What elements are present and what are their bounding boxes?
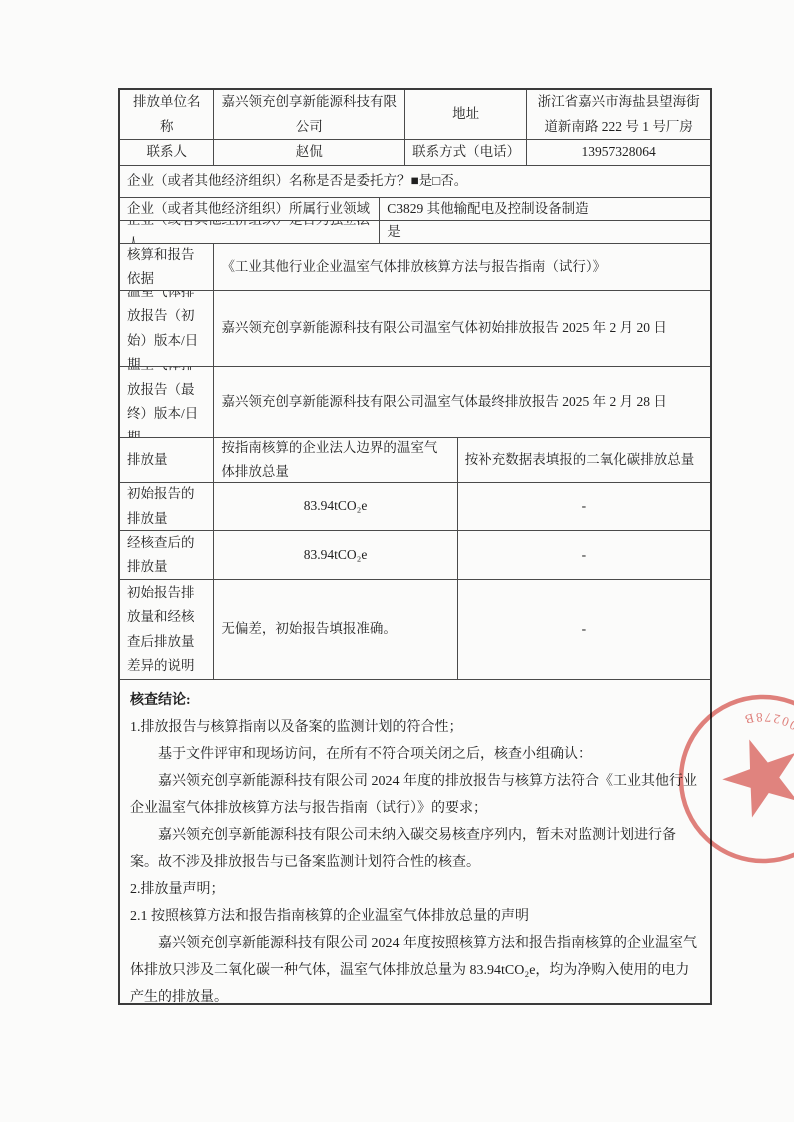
emissions-col-supplement: 按补充数据表填报的二氧化碳排放总量 <box>458 438 710 482</box>
table-row: 初始报告的排放量 83.94tCO₂e - <box>120 483 710 531</box>
verified-emission-supplement: - <box>458 531 710 579</box>
industry-value: C3829 其他输配电及控制设备制造 <box>380 198 710 220</box>
unit-name-value: 嘉兴领充创享新能源科技有限公司 <box>214 90 405 139</box>
initial-report-value: 嘉兴领充创享新能源科技有限公司温室气体初始排放报告 2025 年 2 月 20 … <box>214 291 710 366</box>
document-page: 排放单位名称 嘉兴领充创享新能源科技有限公司 地址 浙江省嘉兴市海盐县望海街道新… <box>0 0 794 1122</box>
conclusion-title: 核查结论: <box>130 687 700 714</box>
final-report-value: 嘉兴领充创享新能源科技有限公司温室气体最终排放报告 2025 年 2 月 28 … <box>214 367 710 437</box>
table-row: 核查结论: 1.排放报告与核算指南以及备案的监测计划的符合性； 基于文件评审和现… <box>120 680 710 1003</box>
table-row: 经核查后的排放量 83.94tCO₂e - <box>120 531 710 580</box>
conclusion-cell: 核查结论: 1.排放报告与核算指南以及备案的监测计划的符合性； 基于文件评审和现… <box>120 680 710 1003</box>
basis-label: 核算和报告依据 <box>120 244 214 290</box>
emissions-col-guideline: 按指南核算的企业法人边界的温室气体排放总量 <box>214 438 457 482</box>
svg-text:嘉兴与图: 嘉兴与图 <box>776 781 794 894</box>
entrust-question-cell: 企业（或者其他经济组织）名称是否是委托方？■是□否。 <box>120 166 710 197</box>
final-report-label: 温室气体排放报告（最终）版本/日期 <box>120 367 214 437</box>
conclusion-paragraph: 嘉兴领充创享新能源科技有限公司未纳入碳交易核查序列内，暂未对监测计划进行备案。故… <box>130 822 700 876</box>
verified-emission-label: 经核查后的排放量 <box>120 531 214 579</box>
legal-person-label: 企业（或者其他经济组织）是否为独立法人 <box>120 221 380 243</box>
difference-supplement: - <box>458 580 710 679</box>
verification-summary-table: 排放单位名称 嘉兴领充创享新能源科技有限公司 地址 浙江省嘉兴市海盐县望海街道新… <box>118 88 712 1005</box>
difference-value: 无偏差，初始报告填报准确。 <box>214 580 457 679</box>
conclusion-paragraph: 2.1 按照核算方法和报告指南核算的企业温室气体排放总量的声明 <box>130 903 700 930</box>
table-row: 温室气体排放报告（初始）版本/日期 嘉兴领充创享新能源科技有限公司温室气体初始排… <box>120 291 710 367</box>
entrust-checkboxes: ■是□否。 <box>411 169 468 193</box>
table-row: 排放单位名称 嘉兴领充创享新能源科技有限公司 地址 浙江省嘉兴市海盐县望海街道新… <box>120 90 710 140</box>
difference-label: 初始报告排放量和经核查后排放量差异的说明 <box>120 580 214 679</box>
conclusion-paragraph: 嘉兴领充创享新能源科技有限公司 2024 年度按照核算方法和报告指南核算的企业温… <box>130 930 700 1003</box>
initial-report-label: 温室气体排放报告（初始）版本/日期 <box>120 291 214 366</box>
seal-star-icon <box>714 735 794 828</box>
address-value: 浙江省嘉兴市海盐县望海街道新南路 222 号 1 号厂房 <box>527 90 710 139</box>
table-row: 企业（或者其他经济组织）所属行业领域 C3829 其他输配电及控制设备制造 <box>120 198 710 221</box>
industry-label: 企业（或者其他经济组织）所属行业领域 <box>120 198 380 220</box>
conclusion-paragraph: 基于文件评审和现场访问，在所有不符合项关闭之后，核查小组确认： <box>130 741 700 768</box>
conclusion-paragraph: 1.排放报告与核算指南以及备案的监测计划的符合性； <box>130 714 700 741</box>
seal-ring-text: 嘉兴与图 <box>776 781 794 894</box>
entrust-question: 企业（或者其他经济组织）名称是否是委托方？ <box>127 169 411 193</box>
table-row: 企业（或者其他经济组织）名称是否是委托方？■是□否。 <box>120 166 710 198</box>
conclusion-paragraph: 2.排放量声明； <box>130 876 700 903</box>
initial-emission-value: 83.94tCO₂e <box>214 483 457 530</box>
table-row: 初始报告排放量和经核查后排放量差异的说明 无偏差，初始报告填报准确。 - <box>120 580 710 680</box>
table-row: 联系人 赵侃 联系方式（电话） 13957328064 <box>120 140 710 166</box>
phone-value: 13957328064 <box>527 140 710 165</box>
verified-emission-value: 83.94tCO₂e <box>214 531 457 579</box>
initial-emission-label: 初始报告的排放量 <box>120 483 214 530</box>
svg-text:4991000278B: 4991000278B <box>740 708 794 768</box>
contact-label: 联系人 <box>120 140 214 165</box>
table-row: 核算和报告依据 《工业其他行业企业温室气体排放核算方法与报告指南（试行）》 <box>120 244 710 291</box>
table-row: 温室气体排放报告（最终）版本/日期 嘉兴领充创享新能源科技有限公司温室气体最终排… <box>120 367 710 438</box>
conclusion-paragraph: 嘉兴领充创享新能源科技有限公司 2024 年度的排放报告与核算方法符合《工业其他… <box>130 768 700 822</box>
table-row: 企业（或者其他经济组织）是否为独立法人 是 <box>120 221 710 244</box>
seal-serial-number: 4991000278B <box>740 708 794 768</box>
basis-value: 《工业其他行业企业温室气体排放核算方法与报告指南（试行）》 <box>214 244 710 290</box>
contact-name: 赵侃 <box>214 140 405 165</box>
table-row: 排放量 按指南核算的企业法人边界的温室气体排放总量 按补充数据表填报的二氧化碳排… <box>120 438 710 483</box>
initial-emission-supplement: - <box>458 483 710 530</box>
unit-name-label: 排放单位名称 <box>120 90 214 139</box>
legal-person-value: 是 <box>380 221 710 243</box>
address-label: 地址 <box>405 90 527 139</box>
emissions-header-label: 排放量 <box>120 438 214 482</box>
phone-label: 联系方式（电话） <box>405 140 527 165</box>
